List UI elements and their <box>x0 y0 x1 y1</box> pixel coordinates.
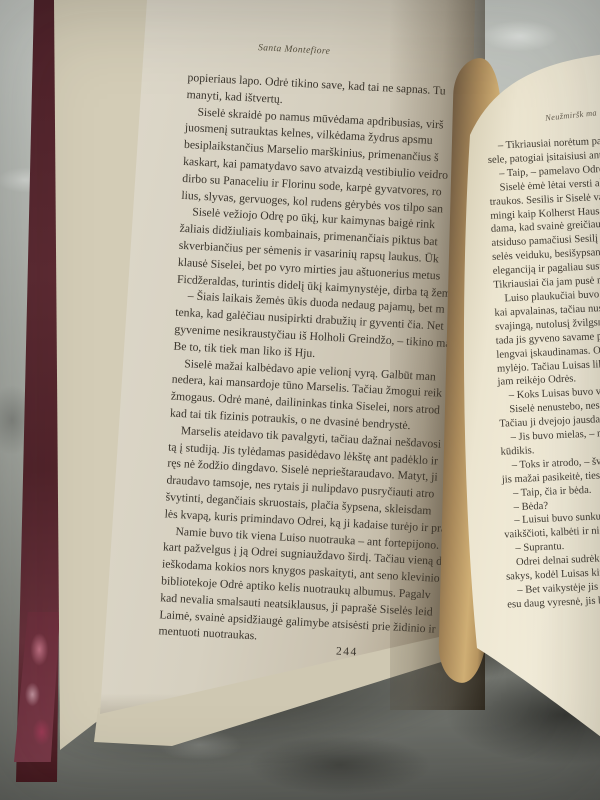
book-photo-scene: Santa Montefiore popieriaus lapo. Odrė t… <box>0 0 600 800</box>
right-page-text: – Tikriausiai norėtum pamatyti Lsele, pa… <box>487 133 600 612</box>
left-page-number: 244 <box>336 646 358 659</box>
